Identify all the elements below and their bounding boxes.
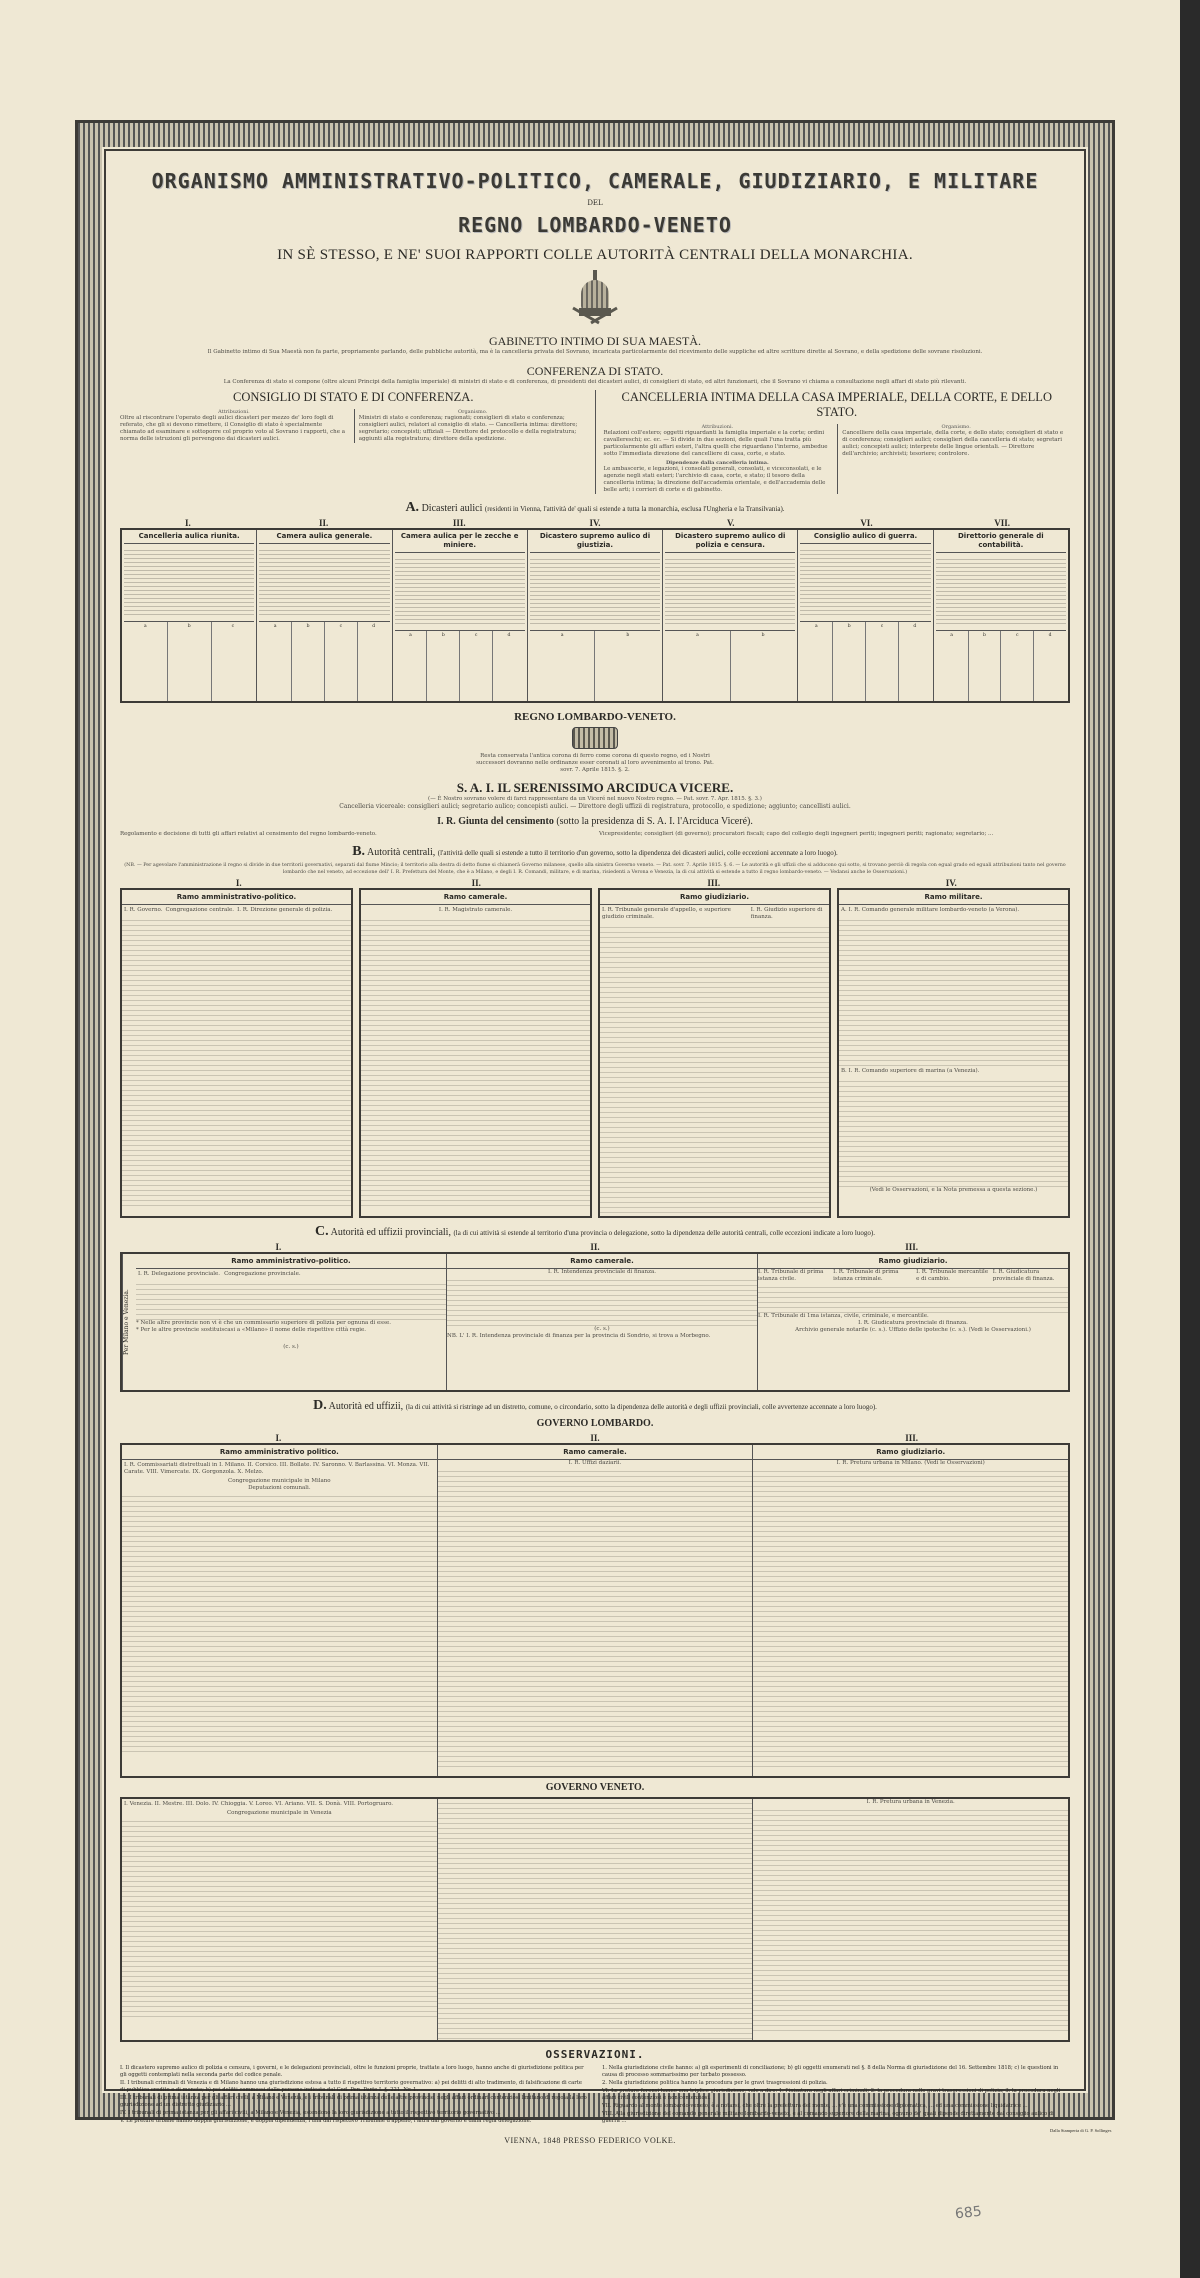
giunta-heading: I. R. Giunta del censimento (sotto la pr…	[120, 816, 1070, 827]
governo-veneto-heading: GOVERNO VENETO.	[120, 1782, 1070, 1793]
ramo-column: Ramo militare.A. I. R. Comando generale …	[837, 888, 1070, 1218]
dicastery-column: Consiglio aulico di guerra.abcd	[798, 530, 933, 701]
governo-lombardo-heading: GOVERNO LOMBARDO.	[120, 1418, 1070, 1429]
viceroy-chancery: Cancelleria vicereale: consiglieri aulic…	[120, 803, 1070, 810]
scan-edge	[1180, 0, 1200, 2278]
ramo-column: Ramo camerale.I. R. Magistrato camerale.	[359, 888, 592, 1218]
imperial-crown-icon	[573, 270, 617, 330]
greek-key-border-frame: ORGANISMO AMMINISTRATIVO-POLITICO, CAMER…	[75, 120, 1115, 2120]
section-d-heading: D. Autorità ed uffizii, (la di cui attiv…	[120, 1398, 1070, 1414]
poster-sheet: ORGANISMO AMMINISTRATIVO-POLITICO, CAMER…	[0, 0, 1180, 2278]
cancelleria-intima-heading: CANCELLERIA INTIMA DELLA CASA IMPERIALE,…	[604, 390, 1071, 420]
crown-caption: Resta conservata l'antica corona di ferr…	[475, 753, 715, 774]
conferenza-heading: CONFERENZA DI STATO.	[120, 364, 1070, 379]
gabinetto-text: Il Gabinetto intimo di Sua Maestà non fa…	[120, 349, 1070, 356]
section-a-heading: A. Dicasteri aulici (residenti in Vienna…	[120, 500, 1070, 516]
district-table-lombardo: Ramo amministrativo politico.I. R. Commi…	[120, 1443, 1070, 1778]
printer-credit: Dalla Stamperia di G. P. Sollinger.	[1050, 2128, 1112, 2133]
kingdom-title: REGNO LOMBARDO-VENETO	[120, 213, 1070, 237]
main-title: ORGANISMO AMMINISTRATIVO-POLITICO, CAMER…	[120, 169, 1070, 193]
section-b-heading: B. Autorità centrali, (l'attività delle …	[120, 844, 1070, 860]
dicastery-column: Camera aulica per le zecche e miniere.ab…	[393, 530, 528, 701]
poster-content: ORGANISMO AMMINISTRATIVO-POLITICO, CAMER…	[110, 155, 1080, 2085]
handwritten-number: 685	[954, 2204, 982, 2223]
provincial-authorities-table: Per Milano e Venezia. Ramo amministrativ…	[120, 1252, 1070, 1392]
consiglio-stato-heading: CONSIGLIO DI STATO E DI CONFERENZA.	[120, 390, 587, 405]
consiglio-stato-block: CONSIGLIO DI STATO E DI CONFERENZA. Attr…	[120, 390, 587, 494]
dicastery-column: Camera aulica generale.abcd	[257, 530, 392, 701]
dicastery-column: Dicastero supremo aulico di polizia e ce…	[663, 530, 798, 701]
conferenza-text: La Conferenza di stato si compone (oltre…	[120, 379, 1070, 386]
central-authorities-table: Ramo amministrativo-politico.I. R. Gover…	[120, 888, 1070, 1218]
imprint: VIENNA, 1848 PRESSO FEDERICO VOLKE.	[0, 2136, 1180, 2145]
viceroy-note: (— È Nostro sovrano volere di farci rapp…	[120, 796, 1070, 803]
viceroy-heading: S. A. I. IL SERENISSIMO ARCIDUCA VICERE.	[120, 780, 1070, 796]
section-c-heading: C. Autorità ed uffizii provinciali, (la …	[120, 1224, 1070, 1240]
title-connector: DEL	[120, 199, 1070, 207]
aulic-dicasteries-table: Cancelleria aulica riunita.abc Camera au…	[120, 528, 1070, 703]
poster-subtitle: IN SÈ STESSO, E NE' SUOI RAPPORTI COLLE …	[120, 247, 1070, 264]
ramo-column: Ramo amministrativo-politico.I. R. Gover…	[120, 888, 353, 1218]
ramo-column: Ramo giudiziario.I. R. Tribunale general…	[598, 888, 831, 1218]
regno-heading: REGNO LOMBARDO-VENETO.	[120, 711, 1070, 723]
dicastery-column: Cancelleria aulica riunita.abc	[122, 530, 257, 701]
osservazioni-heading: OSSERVAZIONI.	[120, 2048, 1070, 2061]
dicastery-column: Dicastero supremo aulico di giustizia.ab	[528, 530, 663, 701]
dicastery-column: Direttorio generale di contabilità.abcd	[934, 530, 1068, 701]
state-council-and-chancery: CONSIGLIO DI STATO E DI CONFERENZA. Attr…	[120, 390, 1070, 494]
section-b-nb: (NB. — Per agevolare l'amministrazione i…	[120, 862, 1070, 876]
district-table-veneto: I. Venezia. II. Mestre. III. Dolo. IV. C…	[120, 1797, 1070, 2042]
cancelleria-intima-block: CANCELLERIA INTIMA DELLA CASA IMPERIALE,…	[595, 390, 1071, 494]
osservazioni-text: I. Il dicastero supremo aulico di polizi…	[120, 2065, 1070, 2126]
gabinetto-heading: GABINETTO INTIMO DI SUA MAESTÀ.	[120, 334, 1070, 349]
iron-crown-icon	[572, 727, 618, 749]
